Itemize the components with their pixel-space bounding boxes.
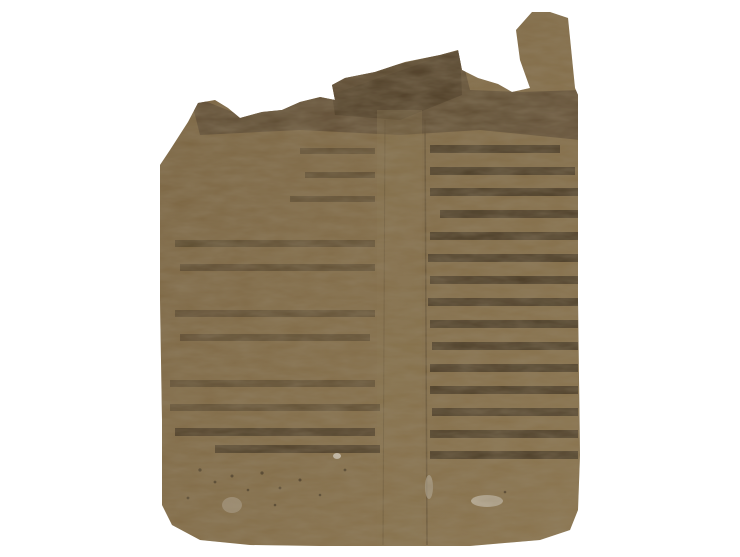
manuscript-photo	[0, 0, 740, 557]
parchment-fragment	[0, 0, 740, 557]
